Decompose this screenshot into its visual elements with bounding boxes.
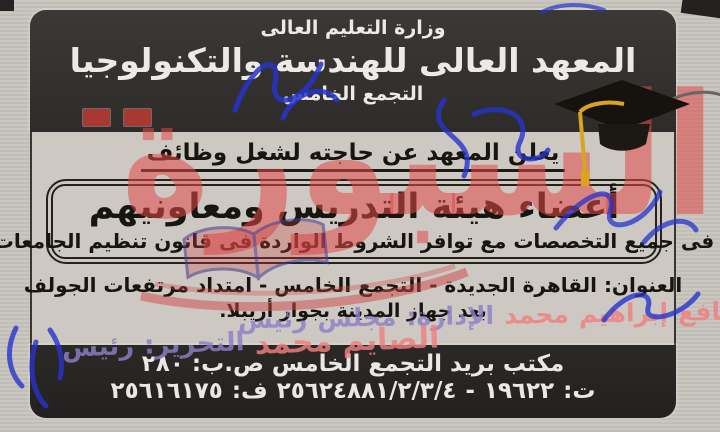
newspaper-ad-page: وزارة التعليم العالى المعهد العالى للهند… [0, 0, 720, 432]
ministry-name: وزارة التعليم العالى [30, 10, 676, 39]
scan-artifact-top-right [681, 0, 720, 19]
pobox-line: مكتب بريد التجمع الخامس ص.ب: ٢٨٠ [30, 345, 676, 377]
scan-artifact-top-left [0, 0, 14, 11]
separator-dash: - [465, 378, 475, 404]
ad-footer: مكتب بريد التجمع الخامس ص.ب: ٢٨٠ ٢٥٦١٦١٧… [30, 345, 676, 418]
institute-name: المعهد العالى للهندسة والتكنولوجيا [30, 41, 676, 80]
decorative-squares [82, 108, 152, 127]
job-advertisement: وزارة التعليم العالى المعهد العالى للهند… [30, 10, 676, 418]
fax-number: ٢٥٦١٦١٧٥ [111, 378, 223, 404]
announcement-line: يعلن المعهد عن حاجته لشغل وظائف [141, 140, 566, 172]
phone-number-main: ٢٥٦٢٤٨٨١/٢/٣/٤ [277, 378, 457, 404]
hotline-number: ١٩٦٢٢ [484, 378, 554, 404]
landmark-line: بعد جهاز المدينة بجوار أريبلا. [219, 300, 487, 322]
phone-fax-line: ٢٥٦١٦١٧٥ ف: ٢٥٦٢٤٨٨١/٢/٣/٤ - ١٩٦٢٢ ت: [30, 378, 676, 404]
ad-body: يعلن المعهد عن حاجته لشغل وظائف أعضاء هي… [30, 132, 676, 345]
positions-title: أعضاء هيئة التدريس ومعاونيهم [89, 188, 620, 227]
conditions-line: فى جميع التخصصات مع توافر الشروط الواردة… [0, 229, 714, 253]
tel-label: ت: [563, 378, 595, 404]
ad-header: وزارة التعليم العالى المعهد العالى للهند… [30, 10, 676, 132]
positions-frame: أعضاء هيئة التدريس ومعاونيهم فى جميع الت… [46, 179, 662, 264]
fax-label: ف: [232, 378, 268, 404]
address-line: العنوان: القاهرة الجديدة - التجمع الخامس… [24, 273, 682, 297]
district-name: التجمع الخامس [30, 83, 676, 105]
